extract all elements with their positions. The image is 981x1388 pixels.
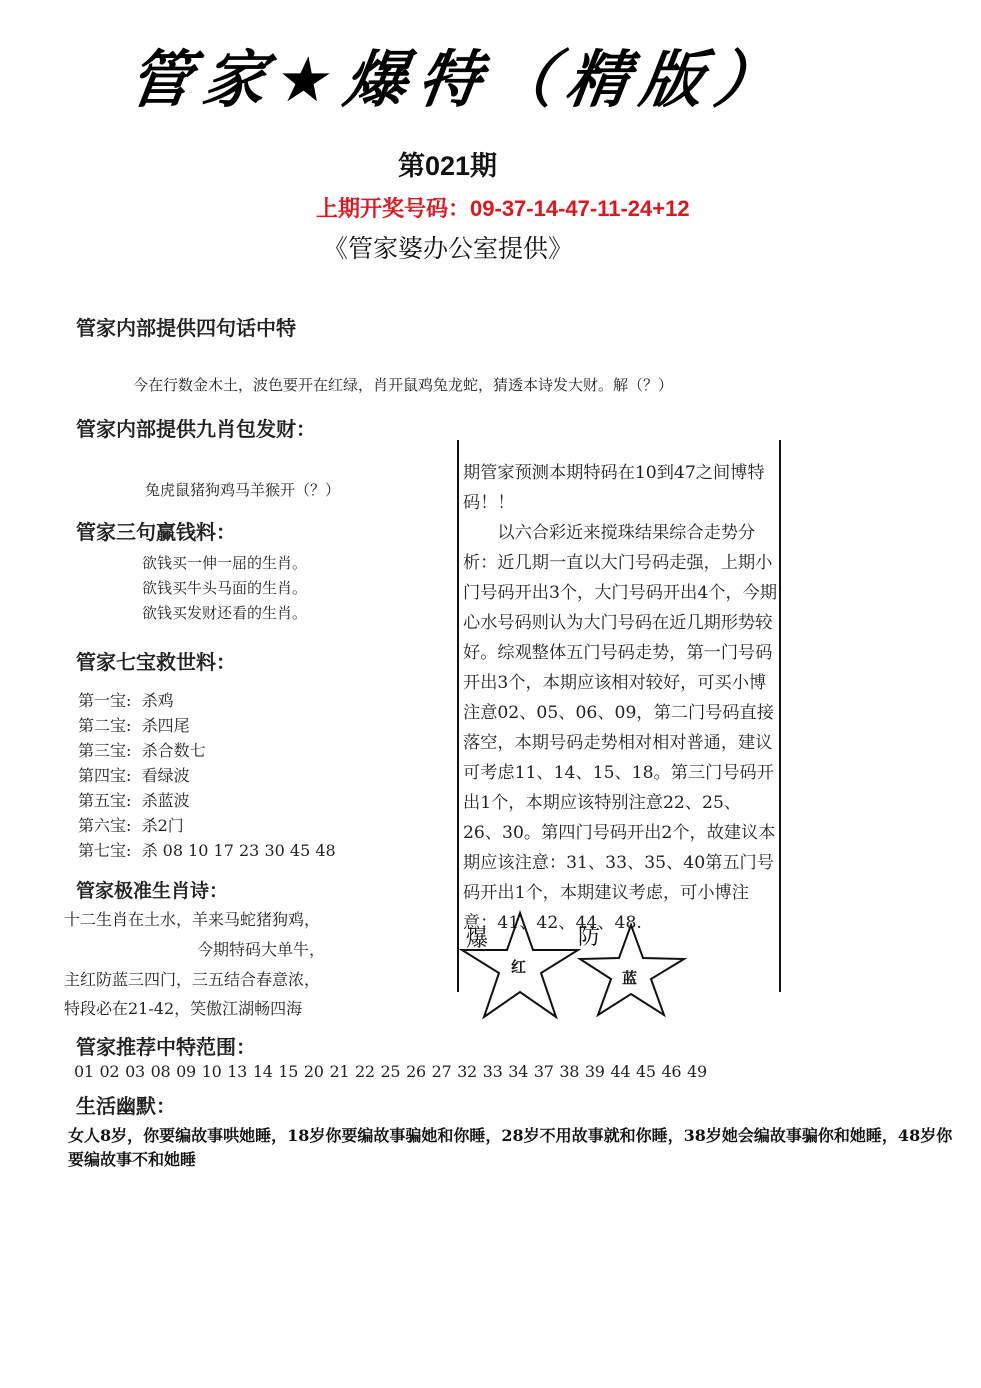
section-title-humor: 生活幽默： <box>76 1090 176 1119</box>
treasure-value: 杀蓝波 <box>142 791 190 810</box>
star-icons <box>455 905 695 1025</box>
banner-title: 管家★爆特（精版） <box>124 30 837 120</box>
treasure-item: 第五宝: 杀蓝波 <box>78 788 190 811</box>
section-title-seven-treasures: 管家七宝救世料： <box>76 646 236 675</box>
section-title-three-lines: 管家三句赢钱料： <box>76 516 236 545</box>
treasure-item: 第七宝: 杀 08 10 17 23 30 45 48 <box>78 838 336 861</box>
poem-line: 特段必在21-42，笑傲江湖畅四海 <box>64 996 302 1019</box>
guard-label: 防 <box>578 920 600 951</box>
treasure-label: 第五宝: <box>78 791 131 810</box>
treasure-value: 杀鸡 <box>142 691 174 710</box>
provider-line: 《管家婆办公室提供》 <box>323 229 573 265</box>
treasure-label: 第四宝: <box>78 766 131 785</box>
treasure-item: 第六宝: 杀2门 <box>78 813 184 836</box>
section-title-four-lines: 管家内部提供四句话中特 <box>76 312 296 341</box>
treasure-item: 第一宝: 杀鸡 <box>78 688 174 711</box>
treasure-value: 杀2门 <box>142 816 184 835</box>
treasure-value: 杀合数七 <box>142 741 206 760</box>
range-numbers: 01 02 03 08 09 10 13 14 15 20 21 22 25 2… <box>74 1062 707 1081</box>
last-draw-result: 上期开奖号码：09-37-14-47-11-24+12 <box>316 192 690 223</box>
treasure-label: 第六宝: <box>78 816 131 835</box>
burst-color-label: 红 <box>511 956 526 977</box>
poem-line: 十二生肖在土水，羊来马蛇猪狗鸡， <box>64 907 320 930</box>
analysis-paragraph-2: 以六合彩近来搅珠结果综合走势分析：近几期一直以大门号码走强，上期小门号码开出3个… <box>463 518 779 938</box>
treasure-item: 第二宝: 杀四尾 <box>78 713 190 736</box>
four-lines-text: 今在行数金木土，波色要开在红绿，肖开鼠鸡兔龙蛇，猜透本诗发大财。解（？） <box>133 374 673 395</box>
poem-line: 主红防蓝三四门，三五结合春意浓， <box>64 967 320 990</box>
analysis-text: 期管家预测本期特码在10到47之间博特码！！ 以六合彩近来搅珠结果综合走势分析：… <box>463 458 779 938</box>
three-lines-line: 欲钱买一伸一屈的生肖。 <box>142 552 307 573</box>
guard-color-label: 蓝 <box>622 967 637 988</box>
section-title-poem: 管家极准生肖诗： <box>76 876 228 903</box>
treasure-label: 第一宝: <box>78 691 131 710</box>
last-draw-numbers: 09-37-14-47-11-24+12 <box>470 196 690 221</box>
section-title-nine-zodiac: 管家内部提供九肖包发财： <box>76 413 316 442</box>
treasure-label: 第三宝: <box>78 741 131 760</box>
treasure-value: 看绿波 <box>142 766 190 785</box>
poem-line: 今期特码大单牛， <box>197 937 325 960</box>
three-lines-line: 欲钱买发财还看的生肖。 <box>142 602 307 623</box>
nine-zodiac-text: 兔虎鼠猪狗鸡马羊猴开（？） <box>145 479 340 500</box>
treasure-label: 第七宝: <box>78 841 131 860</box>
issue-number: 第021期 <box>398 144 497 183</box>
analysis-paragraph-1: 期管家预测本期特码在10到47之间博特码！！ <box>463 458 779 518</box>
last-draw-label: 上期开奖号码： <box>316 196 470 221</box>
treasure-item: 第三宝: 杀合数七 <box>78 738 206 761</box>
treasure-value: 杀 08 10 17 23 30 45 48 <box>142 841 336 860</box>
section-title-range: 管家推荐中特范围： <box>76 1031 256 1060</box>
treasure-item: 第四宝: 看绿波 <box>78 763 190 786</box>
burst-label: 爆 <box>466 922 488 953</box>
treasure-value: 杀四尾 <box>142 716 190 735</box>
treasure-label: 第二宝: <box>78 716 131 735</box>
three-lines-line: 欲钱买牛头马面的生肖。 <box>142 577 307 598</box>
humor-text: 女人8岁，你要编故事哄她睡，18岁你要编故事骗她和你睡，28岁不用故事就和你睡，… <box>68 1124 958 1172</box>
